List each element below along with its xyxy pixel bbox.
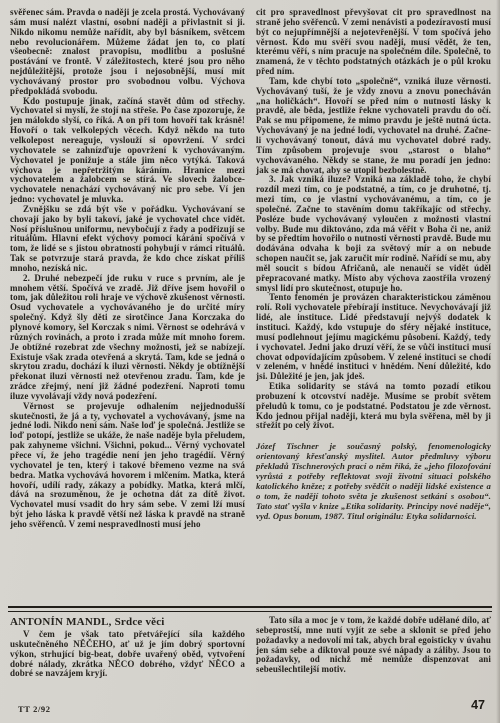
second-article-title: Srdce věci [115,616,165,628]
scanned-page: svěřenec sám. Pravda o naději je zcela p… [0,0,500,723]
paragraph: Věrnost se projevuje odhalením nejjednod… [10,402,245,530]
scan-edge-artifact [496,0,500,723]
paragraph: Kdo postupuje jinak, začíná stavět dům o… [10,97,245,205]
paragraph: Tato síla a moc je v tom, že každé dobře… [256,616,491,675]
left-column: svěřenec sám. Pravda o naději je zcela p… [10,8,245,603]
paragraph: Tento fenomén je provázen charakteristic… [256,293,491,382]
right-column: cit pro spravedlnost převyšovat cit pro … [256,8,491,603]
paragraph: Tam, kde chybí toto „společně“, vzniká i… [256,77,491,175]
page-number: 47 [471,698,485,712]
paragraph: Etika solidarity se stává na tomto pozad… [256,382,491,431]
issue-label: TT 2/92 [18,704,51,714]
section-divider-rule [8,606,492,612]
author-bio-note: Józef Tischner je současný polský, fenom… [256,441,491,521]
second-article-left-column: ANTONÍN MANDL,Srdce věci V čem je však t… [10,616,245,698]
paragraph: cit pro spravedlnost převyšovat cit pro … [256,8,491,77]
second-article-author: ANTONÍN MANDL, [10,616,112,628]
paragraph: 3. Jak vzniká iluze? Vzniká na základě t… [256,175,491,293]
article-body: svěřenec sám. Pravda o naději je zcela p… [10,8,491,603]
second-article: ANTONÍN MANDL,Srdce věci V čem je však t… [10,616,491,698]
paragraph: svěřenec sám. Pravda o naději je zcela p… [10,8,245,97]
paragraph: V čem je však tato přetvářející síla kaž… [10,630,245,679]
second-article-heading: ANTONÍN MANDL,Srdce věci [10,616,245,628]
second-article-right-column: Tato síla a moc je v tom, že každé dobře… [256,616,491,698]
paragraph: 2. Druhé nebezpečí jde ruku v ruce s prv… [10,274,245,402]
paragraph: Zvnějšku se zdá být vše v pořádku. Vycho… [10,205,245,274]
